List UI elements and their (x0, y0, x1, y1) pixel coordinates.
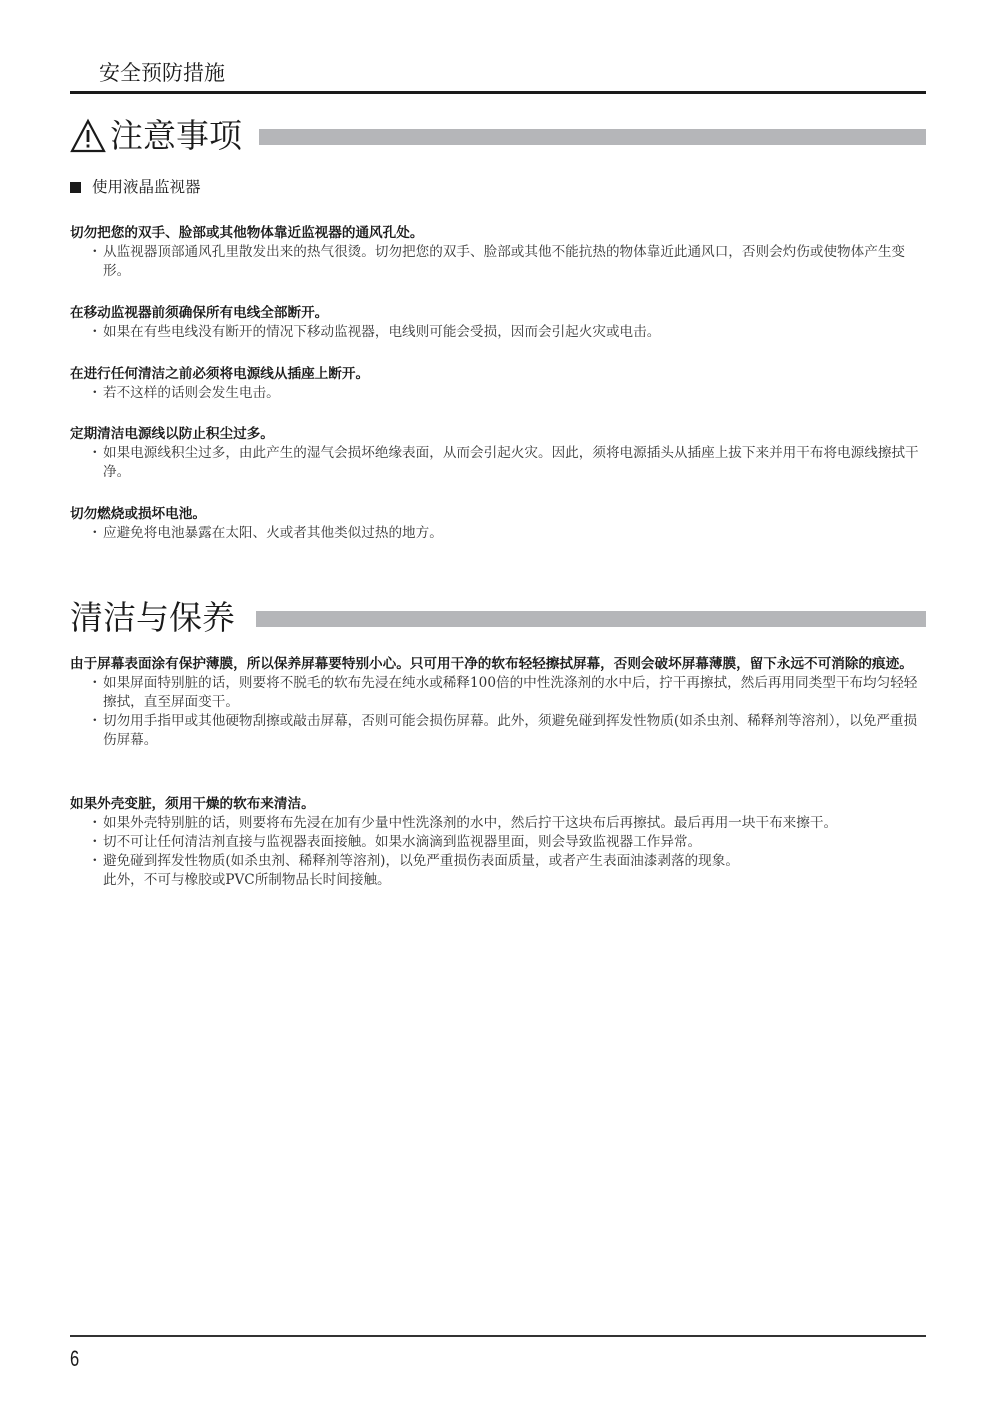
bullet-item: ・如果屏面特别脏的话，则要将不脱毛的软布先浸在纯水或稀释100倍的中性洗涤剂的水… (70, 674, 926, 712)
caution-heading-bar (259, 129, 926, 145)
page-number: 6 (70, 1346, 79, 1372)
bullet-dot: ・ (88, 712, 102, 731)
bullet-dot: ・ (88, 323, 102, 342)
caution-item: 在进行任何清洁之前必须将电源线从插座上断开。 ・若不这样的话则会发生电击。 (70, 365, 926, 403)
item-title: 由于屏幕表面涂有保护薄膜，所以保养屏幕要特别小心。只可用干净的软布轻轻擦拭屏幕，… (70, 655, 926, 674)
bullet-dot: ・ (88, 524, 102, 543)
bullet-dot: ・ (88, 852, 102, 871)
maintenance-item: 如果外壳变脏，须用干燥的软布来清洁。 ・如果外壳特别脏的话，则要将布先浸在加有少… (70, 795, 926, 890)
bullet-item: ・切勿用手指甲或其他硬物刮擦或敲击屏幕，否则可能会损伤屏幕。此外，须避免碰到挥发… (70, 712, 926, 750)
bullet-item: ・从监视器顶部通风孔里散发出来的热气很烫。切勿把您的双手、脸部或其他不能抗热的物… (70, 243, 926, 281)
bullet-item: ・应避免将电池暴露在太阳、火或者其他类似过热的地方。 (70, 524, 926, 543)
maintenance-heading: 清洁与保养 (70, 598, 235, 638)
caution-heading-text: 注意事项 (110, 116, 242, 156)
subheading-text: 使用液晶监视器 (92, 176, 201, 198)
item-title: 在进行任何清洁之前必须将电源线从插座上断开。 (70, 365, 926, 384)
bullet-dot: ・ (88, 444, 102, 463)
maintenance-heading-bar (256, 611, 926, 627)
bullet-dot: ・ (88, 674, 102, 693)
caution-item: 切勿燃烧或损坏电池。 ・应避免将电池暴露在太阳、火或者其他类似过热的地方。 (70, 505, 926, 543)
subheading-lcd-monitor: 使用液晶监视器 (70, 176, 201, 198)
header-rule (70, 91, 926, 94)
bullet-dot: ・ (88, 814, 102, 833)
bullet-item: ・如果外壳特别脏的话，则要将布先浸在加有少量中性洗涤剂的水中，然后拧干这块布后再… (70, 814, 926, 833)
bullet-item: ・若不这样的话则会发生电击。 (70, 384, 926, 403)
maintenance-item: 由于屏幕表面涂有保护薄膜，所以保养屏幕要特别小心。只可用干净的软布轻轻擦拭屏幕，… (70, 655, 926, 750)
caution-heading: 注意事项 (70, 116, 242, 156)
item-title: 切勿把您的双手、脸部或其他物体靠近监视器的通风孔处。 (70, 224, 926, 243)
trailing-note: 此外，不可与橡胶或PVC所制物品长时间接触。 (70, 871, 926, 890)
bullet-item: ・如果电源线积尘过多，由此产生的湿气会损坏绝缘表面，从而会引起火灾。因此，须将电… (70, 444, 926, 482)
bullet-dot: ・ (88, 833, 102, 852)
square-bullet-icon (70, 182, 81, 193)
bullet-dot: ・ (88, 384, 102, 403)
caution-item: 定期清洁电源线以防止积尘过多。 ・如果电源线积尘过多，由此产生的湿气会损坏绝缘表… (70, 425, 926, 482)
bullet-dot: ・ (88, 243, 102, 262)
item-title: 如果外壳变脏，须用干燥的软布来清洁。 (70, 795, 926, 814)
item-title: 切勿燃烧或损坏电池。 (70, 505, 926, 524)
item-title: 定期清洁电源线以防止积尘过多。 (70, 425, 926, 444)
bullet-item: ・切不可让任何清洁剂直接与监视器表面接触。如果水滴滴到监视器里面，则会导致监视器… (70, 833, 926, 852)
item-title: 在移动监视器前须确保所有电线全部断开。 (70, 304, 926, 323)
caution-item: 在移动监视器前须确保所有电线全部断开。 ・如果在有些电线没有断开的情况下移动监视… (70, 304, 926, 342)
bullet-item: ・如果在有些电线没有断开的情况下移动监视器，电线则可能会受损，因而会引起火灾或电… (70, 323, 926, 342)
footer-rule (70, 1335, 926, 1337)
maintenance-heading-text: 清洁与保养 (70, 598, 235, 638)
warning-triangle-icon (70, 118, 106, 154)
page-header-title: 安全预防措施 (99, 58, 225, 88)
caution-item: 切勿把您的双手、脸部或其他物体靠近监视器的通风孔处。 ・从监视器顶部通风孔里散发… (70, 224, 926, 281)
bullet-item: ・避免碰到挥发性物质(如杀虫剂、稀释剂等溶剂)，以免严重损伤表面质量，或者产生表… (70, 852, 926, 871)
